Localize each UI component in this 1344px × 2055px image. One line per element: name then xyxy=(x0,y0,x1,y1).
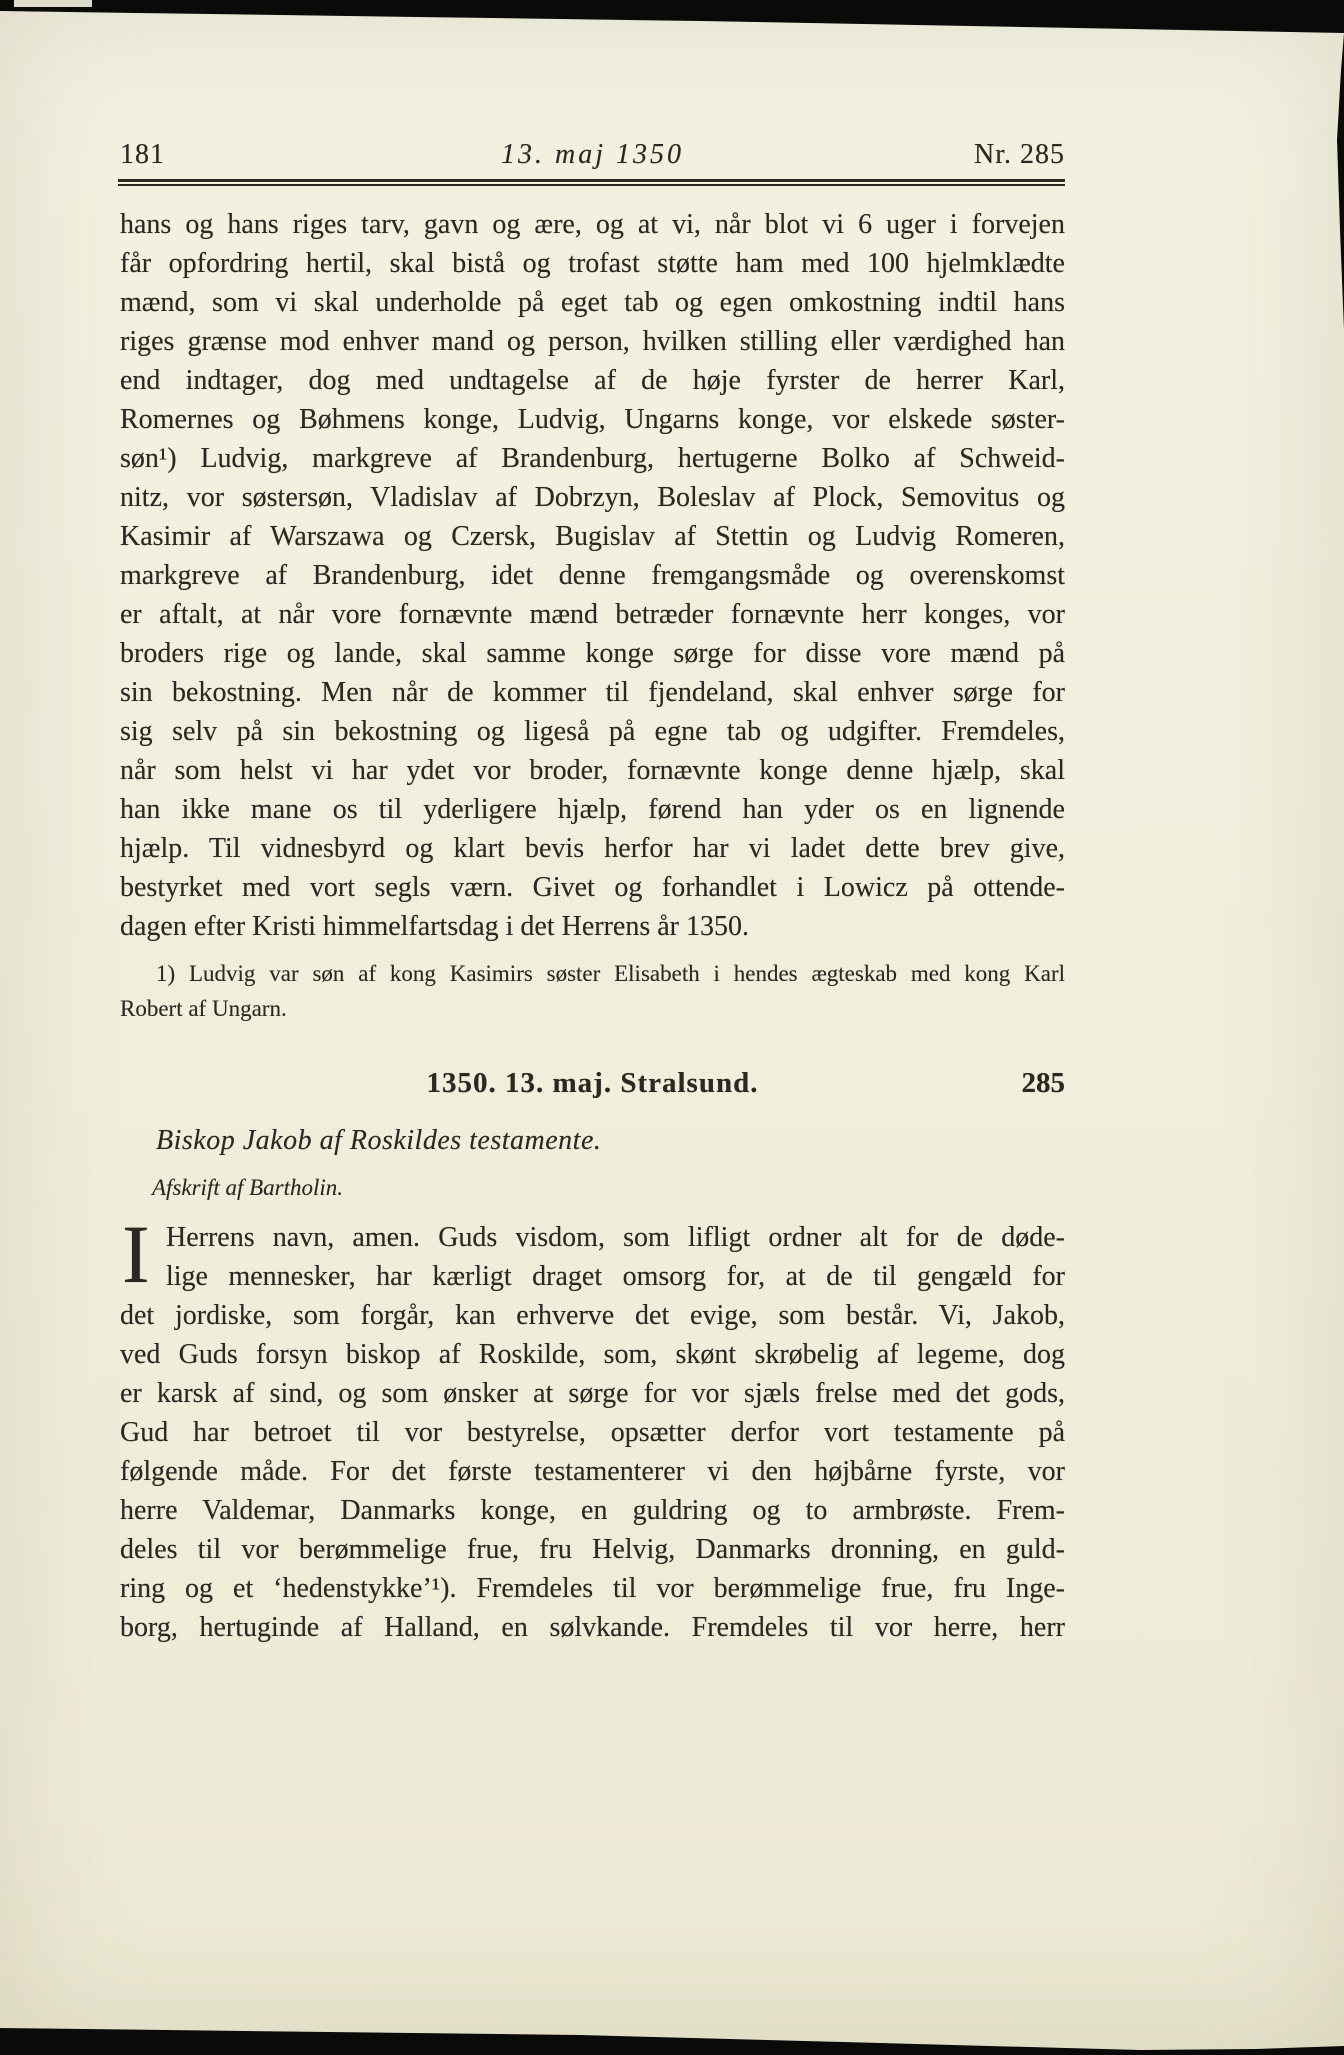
text-line: dagen efter Kristi himmelfartsdag i det … xyxy=(120,907,1065,946)
text-line: søn¹) Ludvig, markgreve af Brandenburg, … xyxy=(120,439,1065,478)
text-line: borg, hertuginde af Halland, en sølvkand… xyxy=(120,1608,1065,1647)
testament-body: Herrens navn, amen. Guds visdom, som lif… xyxy=(120,1218,1065,1647)
text-line: hjælp. Til vidnesbyrd og klart bevis her… xyxy=(120,829,1065,868)
text-line: Herrens navn, amen. Guds visdom, som lif… xyxy=(120,1218,1065,1257)
header-rule xyxy=(118,179,1065,186)
text-line: Robert af Ungarn. xyxy=(120,991,1065,1026)
page-header: 181 13. maj 1350 Nr. 285 xyxy=(120,140,1065,170)
text-line: er karsk af sind, og som ønsker at sørge… xyxy=(120,1374,1065,1413)
text-line: mænd, som vi skal underholde på eget tab… xyxy=(120,283,1065,322)
text-line: følgende måde. For det første testamente… xyxy=(120,1452,1065,1491)
page-scan: 181 13. maj 1350 Nr. 285 hans og hans ri… xyxy=(0,0,1344,2055)
record-title: Biskop Jakob af Roskildes testamente. xyxy=(156,1124,601,1158)
paper: 181 13. maj 1350 Nr. 285 hans og hans ri… xyxy=(0,0,1344,2055)
footnote: 1) Ludvig var søn af kong Kasimirs søste… xyxy=(120,956,1065,1026)
text-line: ring og et ‘hedenstykke’¹). Fremdeles ti… xyxy=(120,1569,1065,1608)
scan-artifact-sliver xyxy=(14,0,92,7)
text-line: når som helst vi har ydet vor broder, fo… xyxy=(120,751,1065,790)
source-note: Afskrift af Bartholin. xyxy=(152,1174,343,1202)
text-line: sig selv på sin bekostning og ligeså på … xyxy=(120,712,1065,751)
text-line: herre Valdemar, Danmarks konge, en guldr… xyxy=(120,1491,1065,1530)
text-line: hans og hans riges tarv, gavn og ære, og… xyxy=(120,205,1065,244)
text-line: Romernes og Bøhmens konge, Ludvig, Ungar… xyxy=(120,400,1065,439)
charter-continuation-body: hans og hans riges tarv, gavn og ære, og… xyxy=(120,205,1065,946)
text-line: deles til vor berømmelige frue, fru Helv… xyxy=(120,1530,1065,1569)
text-line: markgreve af Brandenburg, idet denne fre… xyxy=(120,556,1065,595)
text-line: riges grænse mod enhver mand og person, … xyxy=(120,322,1065,361)
text-line: han ikke mane os til yderligere hjælp, f… xyxy=(120,790,1065,829)
record-heading-row: 1350. 13. maj. Stralsund. 285 xyxy=(120,1066,1065,1100)
text-line: bestyrket med vort segls værn. Givet og … xyxy=(120,868,1065,907)
text-line: er aftalt, at når vore fornævnte mænd be… xyxy=(120,595,1065,634)
text-line: får opfordring hertil, skal bistå og tro… xyxy=(120,244,1065,283)
record-heading: 1350. 13. maj. Stralsund. xyxy=(120,1066,1065,1100)
text-line: Gud har betroet til vor bestyrelse, opsæ… xyxy=(120,1413,1065,1452)
text-line: Kasimir af Warszawa og Czersk, Bugislav … xyxy=(120,517,1065,556)
header-date: 13. maj 1350 xyxy=(320,140,865,170)
text-line: 1) Ludvig var søn af kong Kasimirs søste… xyxy=(120,956,1065,991)
page-number: 181 xyxy=(120,140,320,170)
text-line: lige mennesker, har kærligt draget omsor… xyxy=(120,1257,1065,1296)
text-line: sin bekostning. Men når de kommer til fj… xyxy=(120,673,1065,712)
text-line: det jordiske, som forgår, kan erhverve d… xyxy=(120,1296,1065,1335)
document-number: Nr. 285 xyxy=(865,140,1065,170)
record-number: 285 xyxy=(1022,1066,1066,1100)
text-line: broders rige og lande, skal samme konge … xyxy=(120,634,1065,673)
page-content: 181 13. maj 1350 Nr. 285 hans og hans ri… xyxy=(0,0,1344,2055)
text-line: end indtager, dog med undtagelse af de h… xyxy=(120,361,1065,400)
text-line: ved Guds forsyn biskop af Roskilde, som,… xyxy=(120,1335,1065,1374)
text-line: nitz, vor søstersøn, Vladislav af Dobrzy… xyxy=(120,478,1065,517)
